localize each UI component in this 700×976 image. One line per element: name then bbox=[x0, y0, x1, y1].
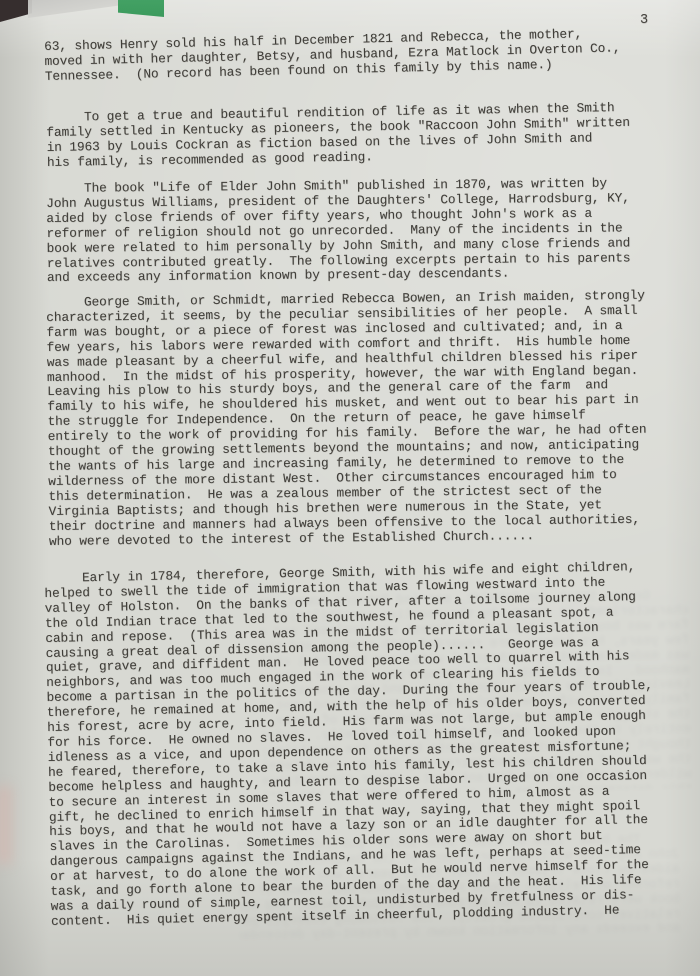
paragraph-raccoon-john-smith-book: To get a true and beautiful rendition of… bbox=[46, 101, 631, 171]
paper-edge-sliver bbox=[28, 0, 120, 18]
paragraph-life-of-elder-john-smith-book: The book "Life of Elder John Smith" publ… bbox=[46, 176, 631, 286]
paragraph-henry-rebecca: 63, shows Henry sold his half in Decembe… bbox=[44, 26, 621, 84]
dark-corner-tab bbox=[0, 0, 32, 22]
page-number: 3 bbox=[640, 13, 648, 28]
paragraph-early-1784-migration: Early in 1784, therefore, George Smith, … bbox=[44, 560, 657, 930]
green-corner-tab bbox=[118, 0, 164, 17]
scan-edge-smudge bbox=[0, 786, 12, 864]
scanned-document-page: 3 63, shows Henry sold his half in Decem… bbox=[0, 0, 700, 976]
paragraph-george-smith-rebecca-bowen: George Smith, or Schmidt, married Rebecc… bbox=[46, 289, 648, 550]
